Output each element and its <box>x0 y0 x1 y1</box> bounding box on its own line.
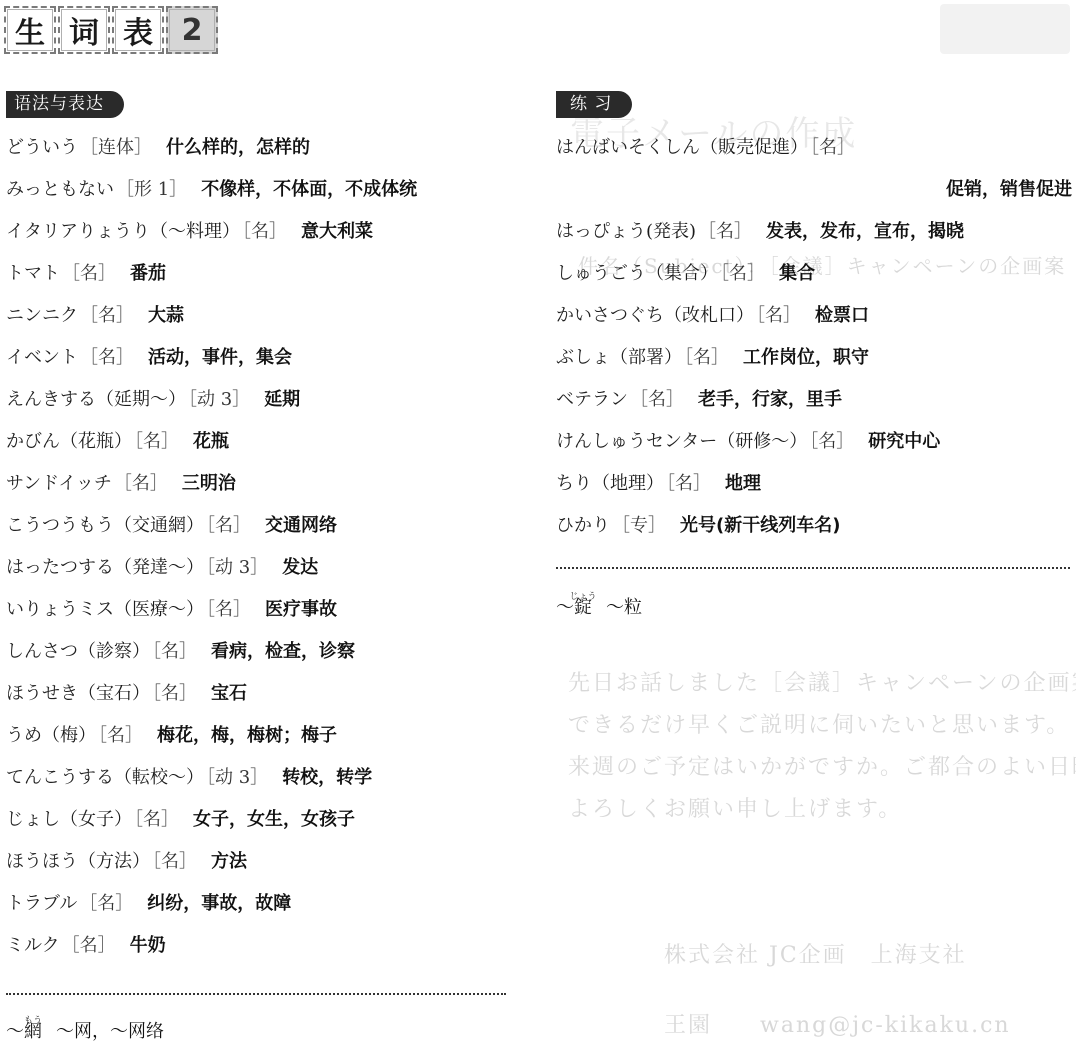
vocab-entry: ほうほう（方法）［名］方法 <box>6 850 247 874</box>
bleed-through-text: 株式会社 JC企画 上海支社 <box>664 938 967 969</box>
vocab-entry: かいさつぐち（改札口）［名］检票口 <box>556 304 869 328</box>
bleed-through-text: 先日お話しました［会議］キャンペーンの企画案ができました。 <box>568 666 1076 697</box>
vocab-entry: じょし（女子）［名］女子，女生，女孩子 <box>6 808 355 832</box>
bleed-through-shape <box>940 4 1070 54</box>
vocab-entry: ミルク［名］牛奶 <box>6 934 166 958</box>
bleed-through-text: 王園 wang@jc-kikaku.cn <box>664 1008 1011 1039</box>
vocab-entry: はんばいそくしん（販売促進）［名］ <box>556 136 855 160</box>
vocab-gloss-wrapped: 促销，销售促进 <box>932 178 1072 202</box>
vocab-entry: どういう［连体］什么样的，怎样的 <box>6 136 310 160</box>
vocab-entry: トラブル［名］纠纷，事故，故障 <box>6 892 291 916</box>
vocab-entry: うめ（梅）［名］梅花，梅，梅树；梅子 <box>6 724 337 748</box>
vocab-entry: はったつする（発達～）［动 3］发达 <box>6 556 318 580</box>
vocab-entry: てんこうする（転校～）［动 3］转校，转学 <box>6 766 372 790</box>
suffix-entry: ～もう網～网，～网络 <box>6 1020 164 1044</box>
vocab-entry: えんきする（延期～）［动 3］延期 <box>6 388 300 412</box>
vocab-entry: こうつうもう（交通網）［名］交通网络 <box>6 514 337 538</box>
vocab-entry: しゅうごう（集合）［名］集合 <box>556 262 815 286</box>
title-number: 2 <box>166 6 218 54</box>
vocab-entry: サンドイッチ［名］三明治 <box>6 472 236 496</box>
bleed-through-text: よろしくお願い申し上げます。 <box>568 792 902 823</box>
section-label-grammar: 语法与表达 <box>6 91 124 118</box>
suffix-entry: ～じょう錠～粒 <box>556 596 642 620</box>
title-char: 表 <box>112 6 164 54</box>
vocab-entry: イタリアりょうり（～料理）［名］意大利菜 <box>6 220 373 244</box>
vocab-entry: はっぴょう(発表)［名］发表，发布，宣布，揭晓 <box>556 220 964 244</box>
vocabulary-title: 生 词 表 2 <box>4 6 220 54</box>
furigana: もう <box>24 1009 42 1033</box>
bleed-through-text: できるだけ早くご説明に伺いたいと思います。 <box>568 708 1070 739</box>
vocab-entry: ほうせき（宝石）［名］宝石 <box>6 682 247 706</box>
vocab-entry: イベント［名］活动，事件，集会 <box>6 346 292 370</box>
vocab-entry: ぶしょ（部署）［名］工作岗位，职守 <box>556 346 869 370</box>
vocab-entry: しんさつ（診察）［名］看病，检查，诊察 <box>6 640 355 664</box>
vocab-entry: ニンニク［名］大蒜 <box>6 304 184 328</box>
vocab-entry: けんしゅうセンター（研修～）［名］研究中心 <box>556 430 940 454</box>
bleed-through-text: 来週のご予定はいかがですか。ご都合のよい日時をお知らせください。 <box>568 750 1076 781</box>
section-divider <box>556 567 1070 569</box>
title-char: 生 <box>4 6 56 54</box>
vocab-entry: ひかり［专］光号(新干线列车名) <box>556 514 840 538</box>
title-char: 词 <box>58 6 110 54</box>
vocab-entry: ちり（地理）［名］地理 <box>556 472 761 496</box>
vocab-entry: かびん（花瓶）［名］花瓶 <box>6 430 229 454</box>
section-label-exercise: 练 习 <box>556 91 632 118</box>
vocab-entry: トマト［名］番茄 <box>6 262 166 286</box>
vocab-entry: いりょうミス（医療～）［名］医疗事故 <box>6 598 337 622</box>
vocab-entry: ベテラン［名］老手，行家，里手 <box>556 388 842 412</box>
section-divider <box>6 993 506 995</box>
vocab-entry: みっともない［形 1］不像样，不体面，不成体统 <box>6 178 417 202</box>
furigana: じょう <box>569 585 596 609</box>
